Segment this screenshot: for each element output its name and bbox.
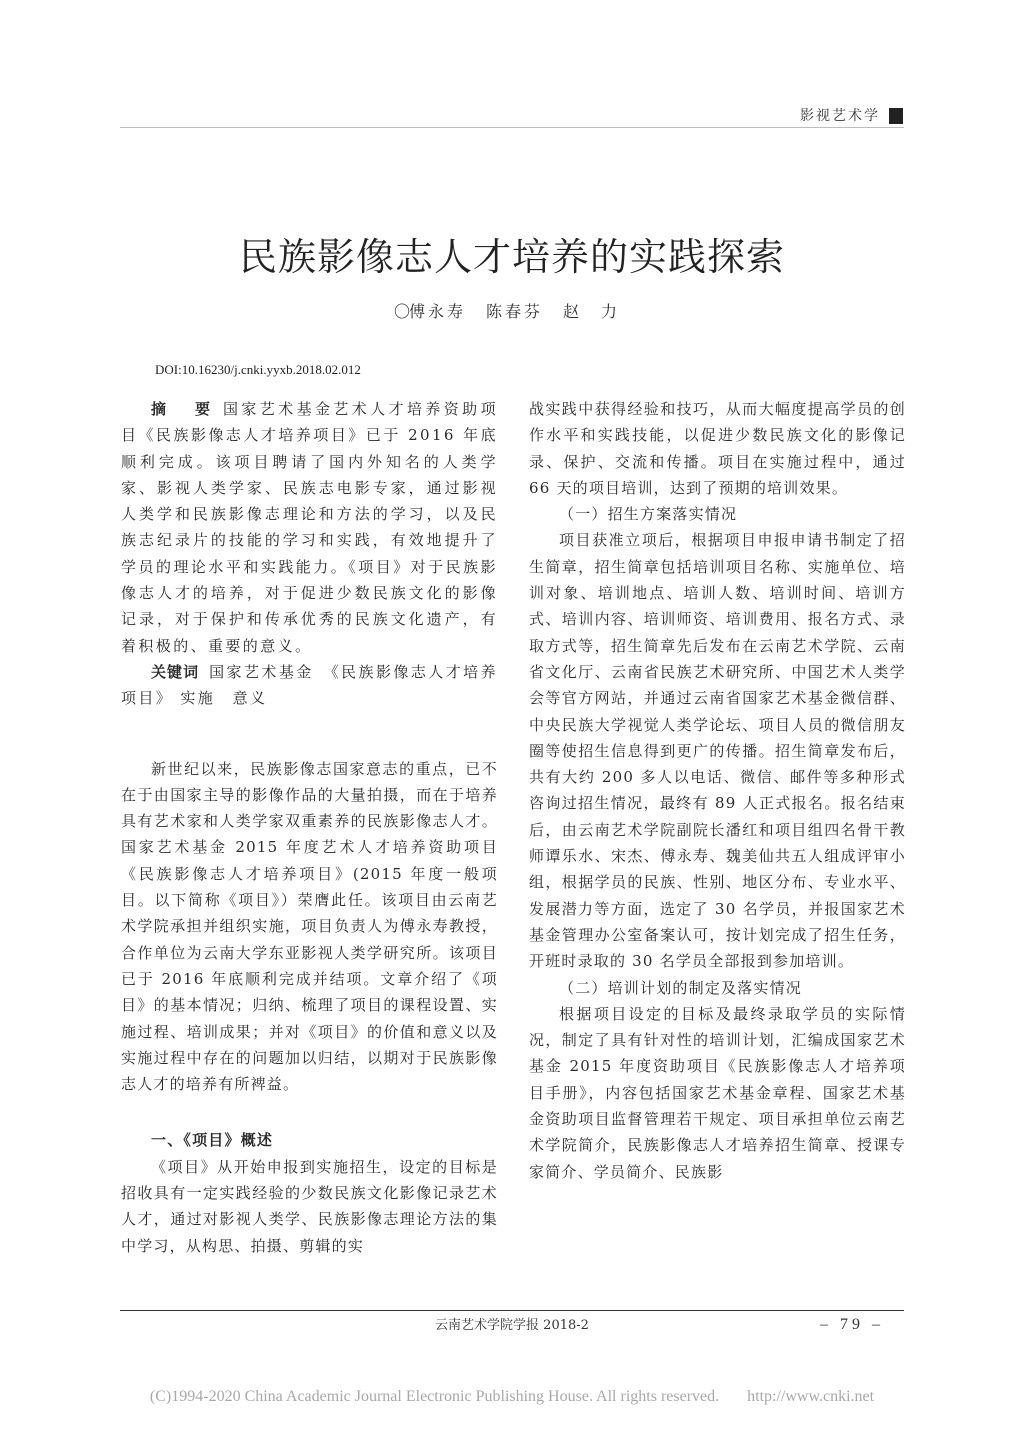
right-column: 战实践中获得经验和技巧，从而大幅度提高学员的创作水平和实践技能，以促进少数民族文… (529, 396, 906, 1185)
copyright-text: (C)1994-2020 China Academic Journal Elec… (150, 1388, 719, 1405)
keywords-label: 关键词 (151, 663, 199, 681)
body-paragraph: 根据项目设定的目标及最终录取学员的实际情况，制定了具有针对性的培训计划，汇编成国… (529, 1001, 906, 1185)
left-column: 摘 要国家艺术基金艺术人才培养资助项目《民族影像志人才培养项目》已于 2016 … (121, 396, 498, 1259)
copyright-notice: (C)1994-2020 China Academic Journal Elec… (0, 1386, 1024, 1408)
section-marker-square-icon (889, 108, 903, 124)
journal-section-label: 影视艺术学 (800, 107, 880, 125)
abstract-text: 国家艺术基金艺术人才培养资助项目《民族影像志人才培养项目》已于 2016 年底顺… (121, 400, 498, 655)
author-name: 陈春芬 (486, 302, 543, 321)
header-divider (120, 127, 904, 128)
intro-paragraph: 新世纪以来，民族影像志国家意志的重点，已不在于由国家主导的影像作品的大量拍摄，而… (121, 756, 498, 1098)
body-paragraph: 项目获准立项后，根据项目申报申请书制定了招生简章，招生简章包括培训项目名称、实施… (529, 527, 906, 974)
doi: DOI:10.16230/j.cnki.yyxb.2018.02.012 (155, 360, 361, 380)
article-title: 民族影像志人才培养的实践探索 (0, 232, 1024, 282)
abstract: 摘 要国家艺术基金艺术人才培养资助项目《民族影像志人才培养项目》已于 2016 … (121, 396, 498, 712)
section-heading: 一、《项目》概述 (121, 1127, 498, 1153)
body-paragraph-continued: 战实践中获得经验和技巧，从而大幅度提高学员的创作水平和实践技能，以促进少数民族文… (529, 396, 906, 501)
subsection-heading: （二）培训计划的制定及落实情况 (529, 975, 906, 1001)
abstract-label: 摘 要 (151, 400, 217, 418)
cnki-link[interactable]: http://www.cnki.net (747, 1388, 874, 1405)
subsection-heading: （一）招生方案落实情况 (529, 501, 906, 527)
footer-divider (120, 1310, 904, 1311)
body-paragraph: 《项目》从开始申报到实施招生，设定的目标是招收具有一定实践经验的少数民族文化影像… (121, 1154, 498, 1259)
page-number: – 79 – (820, 1314, 884, 1336)
author-list: 〇傅永寿陈春芬赵 力 (0, 300, 1024, 324)
author-name: 赵 力 (563, 302, 620, 321)
author-name: 傅永寿 (409, 302, 466, 321)
